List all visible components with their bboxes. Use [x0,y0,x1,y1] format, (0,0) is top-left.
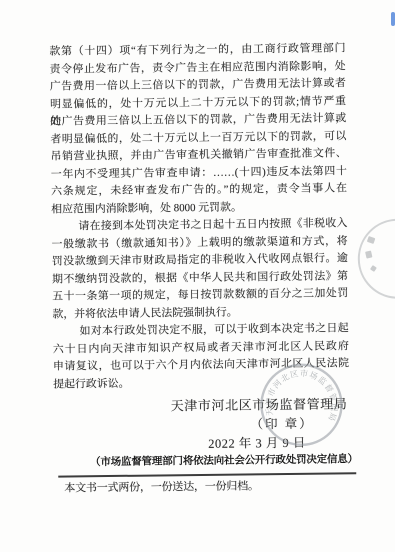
blue-edge-scan-mark [391,12,395,26]
scanned-penalty-decision-page: 款第（十四）项“有下列行为之一的，由工商行政管理部门 责令停止发布广告，责令广告… [0,0,395,552]
seal-ink-mark [367,236,376,244]
footer-divider-line [58,472,356,477]
body-line: 五十一条第一项的规定，每日按罚款数额的百分之三加处罚 [52,285,348,306]
document-body-text: 款第（十四）项“有下列行为之一的，由工商行政管理部门 责令停止发布广告，责令广告… [49,40,349,393]
scan-tilt-wrapper: 款第（十四）项“有下列行为之一的，由工商行政管理部门 责令停止发布广告，责令广告… [0,0,395,552]
body-line: 六条规定，未经审查发布广告的。”的规定，责令当事人在 [51,180,347,201]
edge-seal-stamp [357,218,395,299]
copies-distribution-note: 本文书一式两份，一份送达，一份归档。 [64,477,259,495]
seal-ink-mark [365,250,372,258]
seal-ink-mark [370,265,377,272]
official-seal-stamp: 天津市河北区市场监督管理局 [254,354,349,455]
